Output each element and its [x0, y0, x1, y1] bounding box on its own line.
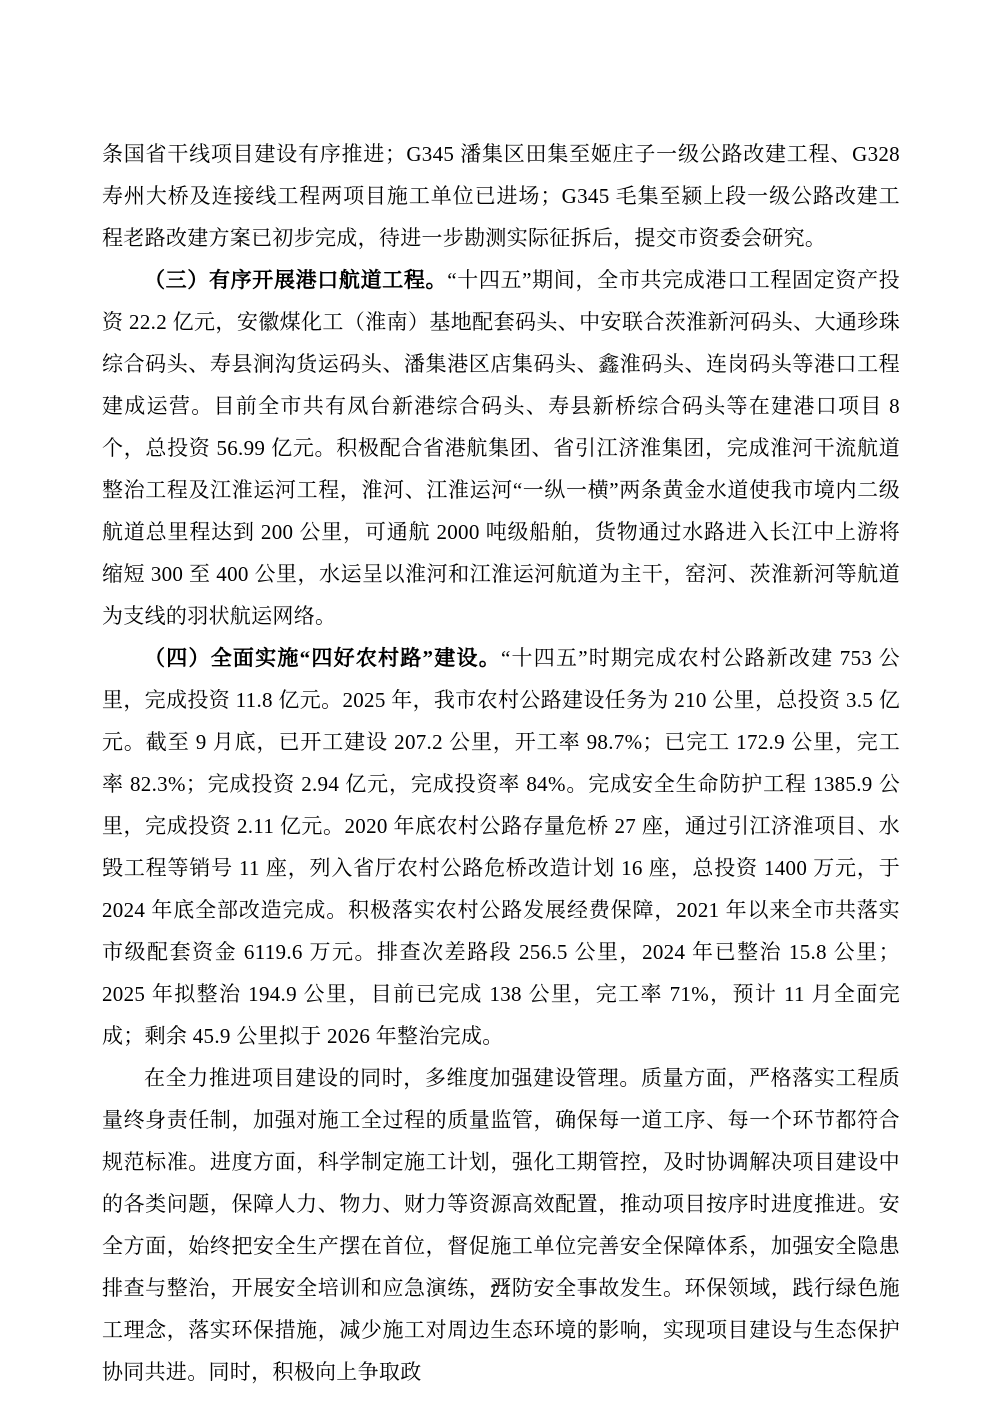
- section-3-heading: （三）有序开展港口航道工程。: [144, 268, 447, 292]
- document-page: 条国省干线项目建设有序推进；G345 潘集区田集至姬庄子一级公路改建工程、G32…: [0, 0, 1000, 1415]
- section-3-paragraph: （三）有序开展港口航道工程。“十四五”期间，全市共完成港口工程固定资产投资 22…: [102, 259, 900, 637]
- page-number: 24: [0, 1281, 1000, 1302]
- paragraph-text: “十四五”期间，全市共完成港口工程固定资产投资 22.2 亿元，安徽煤化工（淮南…: [102, 268, 900, 628]
- paragraph-text: “十四五”时期完成农村公路新改建 753 公里，完成投资 11.8 亿元。202…: [102, 646, 900, 1048]
- section-4-heading: （四）全面实施“四好农村路”建设。: [144, 646, 501, 670]
- section-4-paragraph: （四）全面实施“四好农村路”建设。“十四五”时期完成农村公路新改建 753 公里…: [102, 637, 900, 1057]
- paragraph-continuation: 条国省干线项目建设有序推进；G345 潘集区田集至姬庄子一级公路改建工程、G32…: [102, 133, 900, 259]
- document-body: 条国省干线项目建设有序推进；G345 潘集区田集至姬庄子一级公路改建工程、G32…: [102, 133, 900, 1393]
- paragraph-text: 在全力推进项目建设的同时，多维度加强建设管理。质量方面，严格落实工程质量终身责任…: [102, 1066, 900, 1384]
- paragraph-text: 条国省干线项目建设有序推进；G345 潘集区田集至姬庄子一级公路改建工程、G32…: [102, 142, 900, 250]
- paragraph-management: 在全力推进项目建设的同时，多维度加强建设管理。质量方面，严格落实工程质量终身责任…: [102, 1057, 900, 1393]
